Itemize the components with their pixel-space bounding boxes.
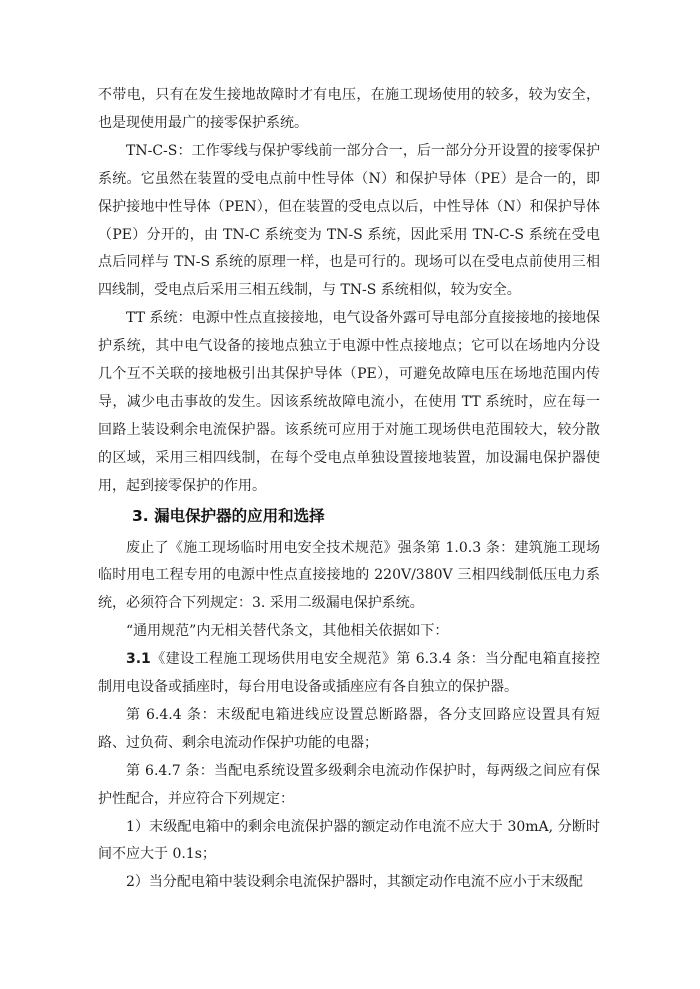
paragraph-item-1: 1）末级配电箱中的剩余电流保护器的额定动作电流不应大于 30mA, 分断时间不应… [98,814,600,870]
paragraph-tn-c-s-system: TN-C-S：工作零线与保护零线前一部分合一，后一部分分开设置的接零保护系统。它… [98,138,600,305]
paragraph-clause-3-1: 3.1《建设工程施工现场供用电安全规范》第 6.3.4 条：当分配电箱直接控制用… [98,646,600,702]
section-heading: 3. 漏电保护器的应用和选择 [98,503,600,531]
document-page: 不带电，只有在发生接地故障时才有电压，在施工现场使用的较多，较为安全，也是现使用… [0,0,700,989]
paragraph-clause-6-4-7: 第 6.4.7 条：当配电系统设置多级剩余电流动作保护时，每两级之间应有保护性配… [98,758,600,814]
clause-3-1-text: 《建设工程施工现场供用电安全规范》第 6.3.4 条：当分配电箱直接控制用电设备… [98,651,600,695]
clause-number-bold: 3.1 [126,651,151,667]
paragraph-item-2: 2）当分配电箱中装设剩余电流保护器时，其额定动作电流不应小于末级配 [98,869,600,897]
paragraph-clause-6-4-4: 第 6.4.4 条：末级配电箱进线应设置总断路器，各分支回路应设置具有短路、过负… [98,702,600,758]
paragraph-general-code-note: “通用规范”内无相关替代条文，其他相关依据如下： [98,618,600,646]
paragraph-tt-system: TT 系统：电源中性点直接接地，电气设备外露可导电部分直接接地的接地保护系统，其… [98,305,600,500]
paragraph-abolished-code: 废止了《施工现场临时用电安全技术规范》强条第 1.0.3 条：建筑施工现场临时用… [98,535,600,619]
paragraph-continuation: 不带电，只有在发生接地故障时才有电压，在施工现场使用的较多，较为安全，也是现使用… [98,82,600,138]
